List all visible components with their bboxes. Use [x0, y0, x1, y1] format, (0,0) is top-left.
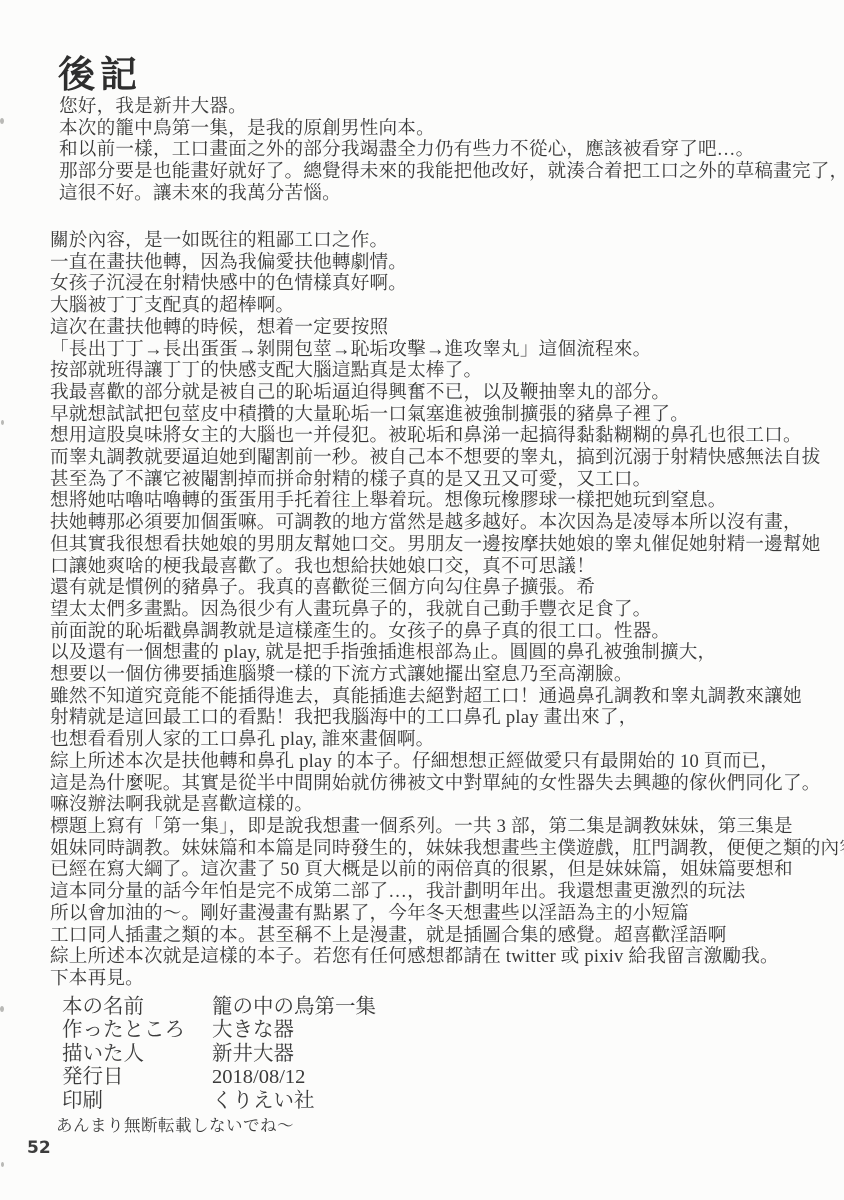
colophon: 本の名前籠の中の鳥第一集作ったところ大きな器描いた人新井大器発行日2018/08…: [62, 996, 376, 1113]
colophon-row: 作ったところ大きな器: [62, 1019, 376, 1042]
afterword-page: 後記 您好，我是新井大器。本次的籠中鳥第一集，是我的原創男性向本。和以前一樣，工…: [0, 0, 844, 1200]
scan-speck: [0, 118, 4, 124]
text-line: 望太太們多畫點。因為很少有人畫玩鼻子的，我就自己動手豐衣足食了。: [50, 599, 844, 621]
text-line: 關於內容，是一如既往的粗鄙工口之作。: [50, 230, 844, 252]
text-line: 這很不好。讓未來的我萬分苦惱。: [59, 183, 844, 205]
text-line: 那部分要是也能畫好就好了。總覺得未來的我能把他改好，就湊合着把工口之外的草稿畫完…: [59, 161, 844, 183]
text-line: 女孩子沉浸在射精快感中的色情樣真好啊。: [50, 273, 844, 295]
page-title: 後記: [58, 44, 142, 98]
text-line: 工口同人插畫之類的本。甚至稱不上是漫畫，就是插圖合集的感覺。超喜歡淫語啊: [50, 925, 844, 947]
colophon-value: 2018/08/12: [212, 1066, 305, 1088]
colophon-value: 新井大器: [212, 1043, 294, 1065]
colophon-label: 本の名前: [62, 996, 212, 1019]
text-line: 想將她咕嚕咕嚕轉的蛋蛋用手托着往上舉着玩。想像玩橡膠球一樣把她玩到窒息。: [50, 490, 844, 512]
colophon-label: 発行日: [62, 1066, 212, 1089]
colophon-label: 描いた人: [62, 1043, 212, 1066]
text-line: 所以會加油的～。剛好畫漫畫有點累了，今年冬天想畫些以淫語為主的小短篇: [50, 903, 844, 925]
text-line: 前面說的恥垢戳鼻調教就是這樣產生的。女孩子的鼻子真的很工口。性器。: [50, 621, 844, 643]
text-line: 扶她轉那必須要加個蛋嘛。可調教的地方當然是越多越好。本次因為是凌辱本所以沒有畫，: [50, 512, 844, 534]
text-line: 綜上所述本次是扶他轉和鼻孔 play 的本子。仔細想想正經做愛只有最開始的 10…: [50, 751, 844, 773]
body-paragraph: 關於內容，是一如既往的粗鄙工口之作。一直在畫扶他轉，因為我偏愛扶他轉劇情。女孩子…: [50, 230, 844, 990]
text-line: 而睾丸調教就要逼迫她到閹割前一秒。被自己本不想要的睾丸，搞到沉溺于射精快感無法自…: [50, 447, 844, 469]
text-line: 甚至為了不讓它被閹割掉而拼命射精的樣子真的是又丑又可愛，又工口。: [50, 469, 844, 491]
colophon-row: 本の名前籠の中の鳥第一集: [62, 996, 376, 1019]
colophon-value: 籠の中の鳥第一集: [212, 996, 376, 1018]
colophon-value: くりえい社: [212, 1090, 315, 1112]
text-line: 我最喜歡的部分就是被自己的恥垢逼迫得興奮不已，以及鞭抽睾丸的部分。: [50, 382, 844, 404]
colophon-row: 描いた人新井大器: [62, 1043, 376, 1066]
text-line: 還有就是慣例的豬鼻子。我真的喜歡從三個方向勾住鼻子擴張。希: [50, 577, 844, 599]
colophon-label: 作ったところ: [62, 1019, 212, 1042]
colophon-value: 大きな器: [212, 1019, 294, 1041]
text-line: 和以前一樣，工口畫面之外的部分我竭盡全力仍有些力不從心，應該被看穿了吧…。: [59, 139, 844, 161]
text-line: 早就想試試把包莖皮中積攢的大量恥垢一口氣塞進被強制擴張的豬鼻子裡了。: [50, 404, 844, 426]
scan-speck: [1, 420, 4, 425]
text-line: 這是為什麼呢。其實是從半中間開始就仿彿被文中對單純的女性器失去興趣的傢伙們同化了…: [50, 773, 844, 795]
text-line: 下本再見。: [50, 968, 844, 990]
colophon-row: 発行日2018/08/12: [62, 1066, 376, 1089]
text-line: 這次在畫扶他轉的時候，想着一定要按照: [50, 317, 844, 339]
text-line: 嘛沒辦法啊我就是喜歡這樣的。: [50, 794, 844, 816]
text-line: 姐妹同時調教。妹妹篇和本篇是同時發生的，妹妹我想畫些主僕遊戲，肛門調教，便便之類…: [50, 838, 844, 860]
text-line: 雖然不知道究竟能不能插得進去，真能插進去絕對超工口！通過鼻孔調教和睾丸調教來讓她: [50, 686, 844, 708]
text-line: 想用這股臭味將女主的大腦也一并侵犯。被恥垢和鼻涕一起搞得黏黏糊糊的鼻孔也很工口。: [50, 425, 844, 447]
colophon-note: あんまり無断転載しないでね～: [56, 1112, 294, 1136]
text-line: 已經在寫大綱了。這次畫了 50 頁大概是以前的兩倍真的很累，但是妹妹篇，姐妹篇要…: [50, 859, 844, 881]
text-line: 這本同分量的話今年怕是完不成第二部了…，我計劃明年出。我還想畫更激烈的玩法: [50, 881, 844, 903]
intro-paragraph: 您好，我是新井大器。本次的籠中鳥第一集，是我的原創男性向本。和以前一樣，工口畫面…: [59, 96, 844, 205]
page-number: 52: [27, 1138, 51, 1158]
text-line: 「長出丁丁→長出蛋蛋→剝開包莖→恥垢攻擊→進攻睾丸」這個流程來。: [50, 339, 844, 361]
scan-speck: [1, 1162, 4, 1167]
text-line: 射精就是這回最工口的看點！我把我腦海中的工口鼻孔 play 畫出來了，: [50, 707, 844, 729]
text-line: 一直在畫扶他轉，因為我偏愛扶他轉劇情。: [50, 252, 844, 274]
colophon-row: 印刷くりえい社: [62, 1090, 376, 1113]
text-line: 您好，我是新井大器。: [59, 96, 844, 118]
text-line: 綜上所述本次就是這樣的本子。若您有任何感想都請在 twitter 或 pixiv…: [50, 946, 844, 968]
text-line: 也想看看別人家的工口鼻孔 play, 誰來畫個啊。: [50, 729, 844, 751]
text-line: 本次的籠中鳥第一集，是我的原創男性向本。: [59, 118, 844, 140]
text-line: 口讓她爽啥的梗我最喜歡了。我也想給扶她娘口交，真不可思議！: [50, 556, 844, 578]
colophon-label: 印刷: [62, 1090, 212, 1113]
text-line: 大腦被丁丁支配真的超棒啊。: [50, 295, 844, 317]
text-line: 按部就班得讓丁丁的快感支配大腦這點真是太棒了。: [50, 360, 844, 382]
scan-speck: [0, 1006, 4, 1012]
text-line: 以及還有一個想畫的 play, 就是把手指強插進根部為止。圓圓的鼻孔被強制擴大，: [50, 642, 844, 664]
text-line: 但其實我很想看扶她娘的男朋友幫她口交。男朋友一邊按摩扶她娘的睾丸催促她射精一邊幫…: [50, 534, 844, 556]
text-line: 標題上寫有「第一集」，即是說我想畫一個系列。一共 3 部，第二集是調教妹妹，第三…: [50, 816, 844, 838]
text-line: 想要以一個仿彿要插進腦漿一樣的下流方式讓她擺出窒息乃至高潮臉。: [50, 664, 844, 686]
